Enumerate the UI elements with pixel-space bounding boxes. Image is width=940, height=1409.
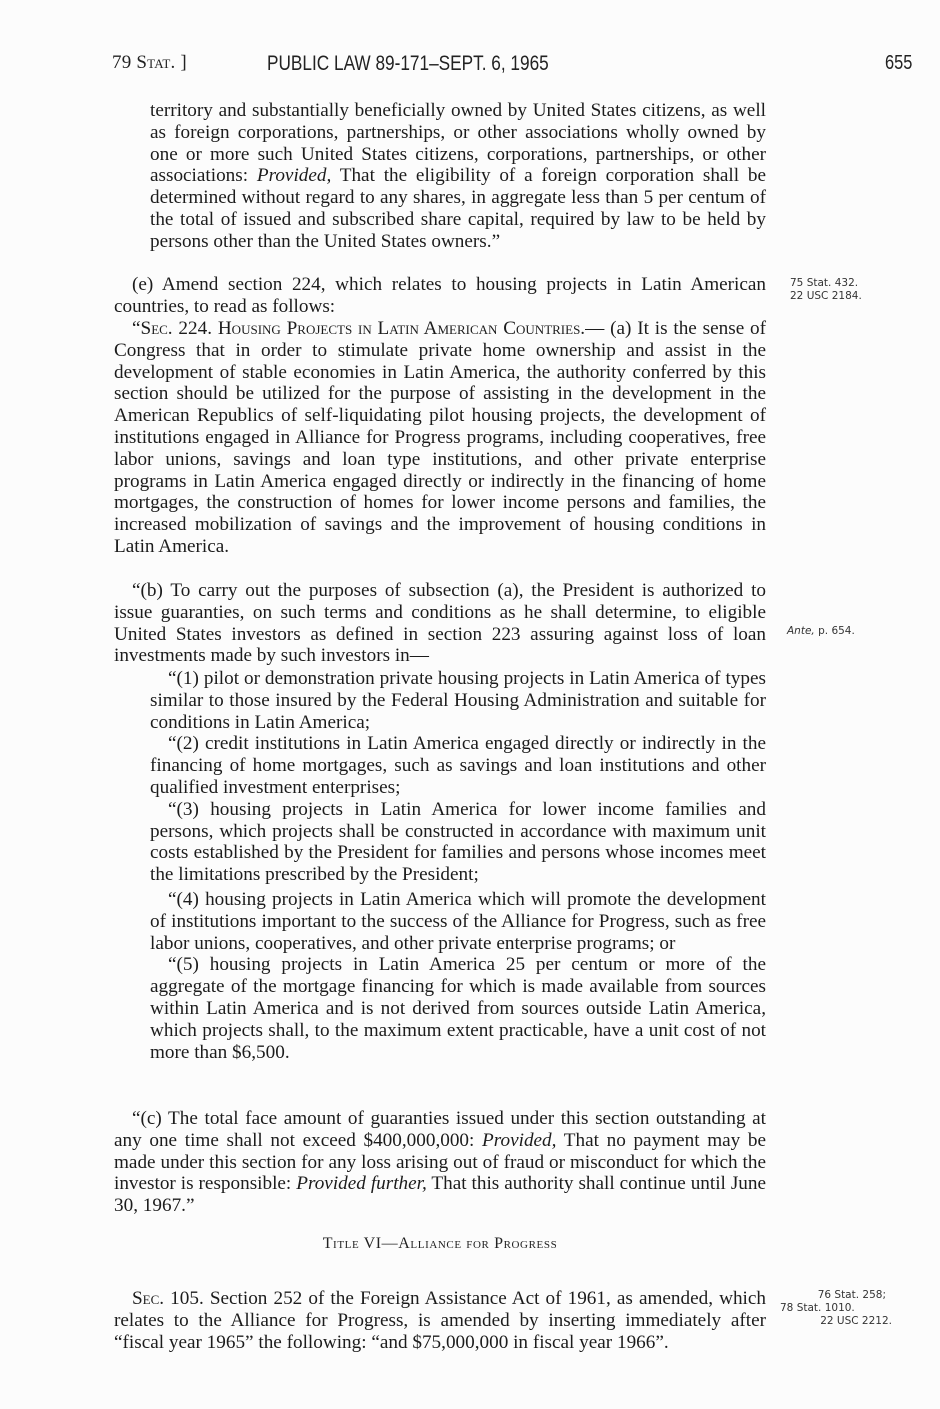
list-item-2: “(2) credit institutions in Latin Americ… [150, 733, 766, 798]
volume-bracket: ] [180, 52, 187, 73]
margin-note-line: 22 USC 2212. [780, 1315, 892, 1328]
section-105: Sec. 105. Section 252 of the Foreign Ass… [114, 1288, 766, 1353]
running-header: 79 Stat. ] PUBLIC LAW 89-171–SEPT. 6, 19… [112, 52, 912, 80]
margin-note-76-stat: 76 Stat. 258; 78 Stat. 1010. 22 USC 2212… [780, 1289, 892, 1328]
page-title: PUBLIC LAW 89-171–SEPT. 6, 1965 [267, 52, 549, 76]
margin-note-75-stat: 75 Stat. 432. 22 USC 2184. [790, 277, 862, 303]
margin-note-line: 75 Stat. 432. [790, 277, 862, 290]
margin-note-line: 78 Stat. 1010. [780, 1302, 892, 1315]
continuation-paragraph: territory and substantially beneficially… [114, 100, 766, 253]
section-224: “Sec. 224. Housing Projects in Latin Ame… [114, 318, 766, 558]
subsection-e-text: (e) Amend section 224, which relates to … [114, 274, 766, 318]
section-224-b: “(b) To carry out the purposes of subsec… [114, 580, 766, 667]
section-224-a-text: (a) It is the sense of Congress that in … [114, 318, 766, 557]
section-224-b-text: “(b) To carry out the purposes of subsec… [114, 580, 766, 667]
subsection-e: (e) Amend section 224, which relates to … [114, 274, 766, 318]
proviso-italic-2: Provided further, [296, 1173, 427, 1194]
section-105-label: Sec. 105. [132, 1288, 204, 1309]
section-105-text: Section 252 of the Foreign Assistance Ac… [114, 1288, 766, 1353]
margin-note-line: 76 Stat. 258; [780, 1289, 892, 1302]
margin-note-line: 22 USC 2184. [790, 290, 862, 303]
title-vi-heading: Title VI—Alliance for Progress [114, 1235, 766, 1253]
margin-note-italic: Ante, [787, 625, 815, 637]
list-item-4: “(4) housing projects in Latin America w… [150, 889, 766, 954]
section-224-label: “Sec. 224. [132, 318, 212, 339]
volume-number: 79 [112, 52, 131, 73]
margin-note-text: p. 654. [818, 625, 855, 637]
investment-list: “(1) pilot or demonstration private hous… [150, 668, 766, 1063]
proviso-italic: Provided, [257, 165, 331, 186]
document-page: 79 Stat. ] PUBLIC LAW 89-171–SEPT. 6, 19… [0, 0, 940, 1409]
section-224-c: “(c) The total face amount of guaranties… [114, 1108, 766, 1217]
margin-note-ante: Ante, p. 654. [787, 625, 855, 638]
volume-citation: 79 Stat. ] [112, 52, 187, 74]
proviso-italic-1: Provided, [482, 1130, 556, 1151]
volume-label: Stat. [136, 52, 175, 73]
list-item-3: “(3) housing projects in Latin America f… [150, 799, 766, 886]
list-item-1: “(1) pilot or demonstration private hous… [150, 668, 766, 733]
section-224-heading: Housing Projects in Latin American Count… [218, 318, 604, 339]
list-item-5: “(5) housing projects in Latin America 2… [150, 954, 766, 1063]
page-number: 655 [885, 52, 912, 75]
